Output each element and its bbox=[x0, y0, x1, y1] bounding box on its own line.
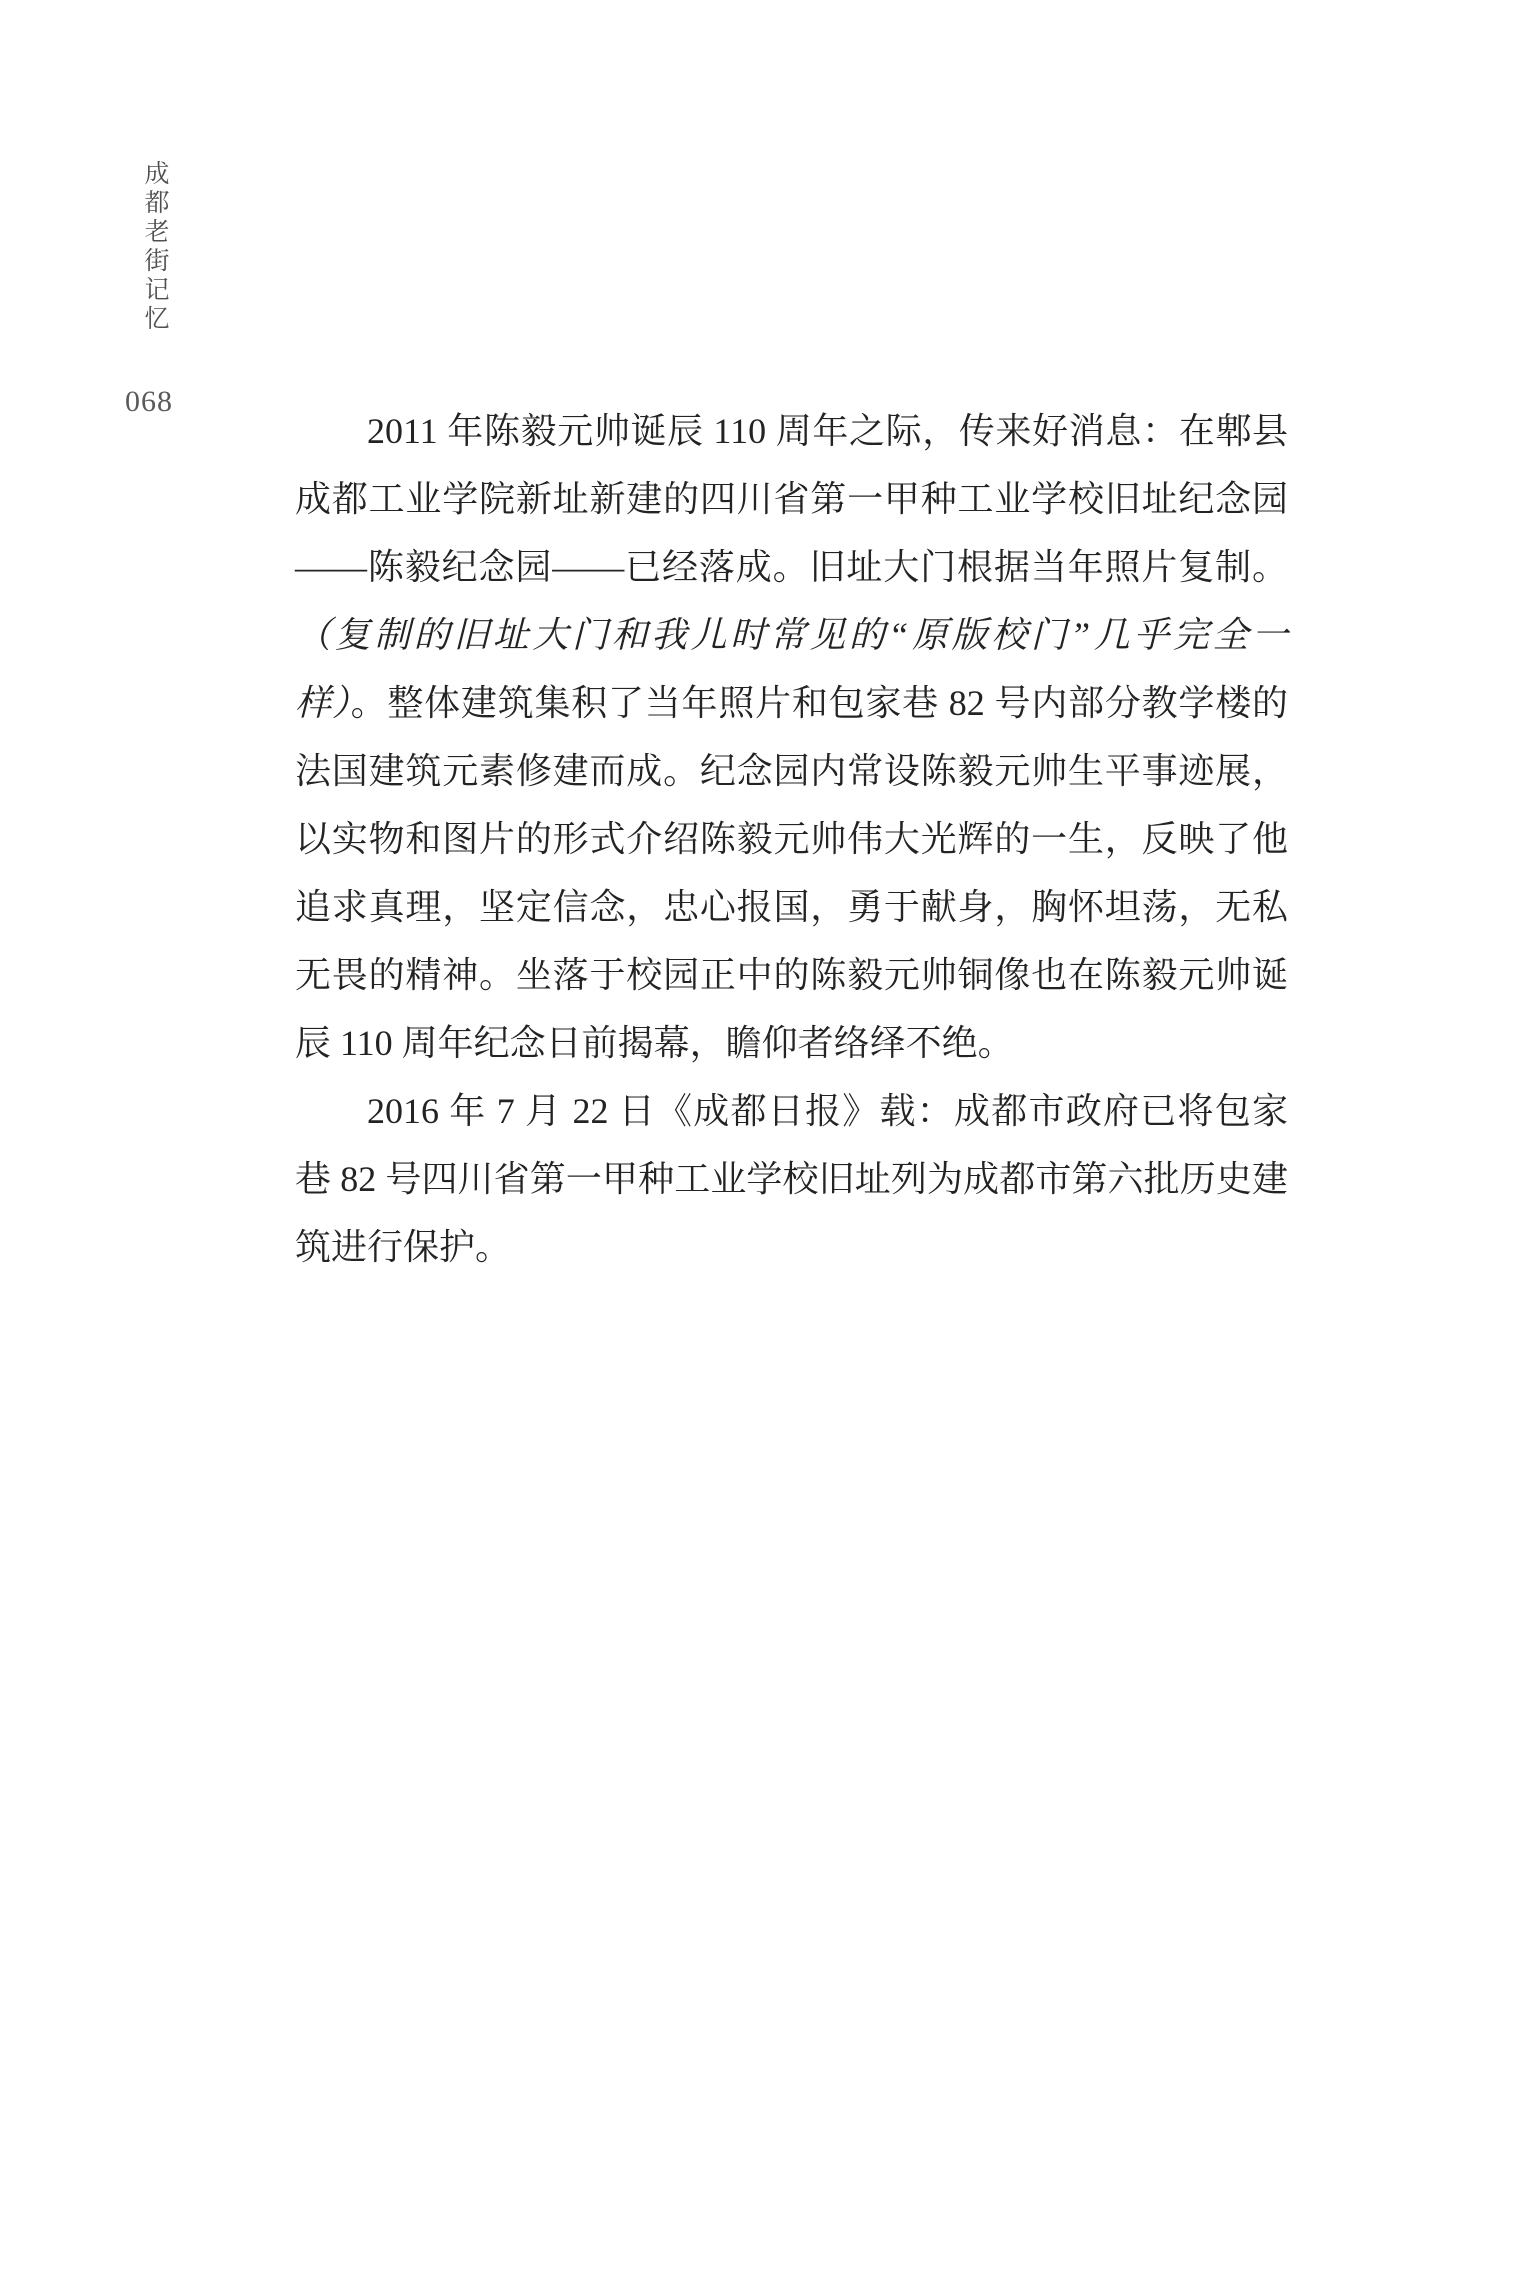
paragraph-1-main-end: 。整体建筑集积了当年照片和包家巷 82 号内部分教学楼的法国建筑元素修建而成。纪… bbox=[295, 683, 1288, 1063]
paragraph-2: 2016 年 7 月 22 日《成都日报》载：成都市政府已将包家巷 82 号四川… bbox=[295, 1077, 1288, 1281]
body-text: 2011 年陈毅元帅诞辰 110 周年之际，传来好消息：在郫县成都工业学院新址新… bbox=[295, 397, 1288, 1281]
book-side-title: 成都老街记忆 bbox=[136, 160, 172, 334]
paragraph-1-main-start: 2011 年陈毅元帅诞辰 110 周年之际，传来好消息：在郫县成都工业学院新址新… bbox=[295, 411, 1288, 587]
page-number: 068 bbox=[125, 385, 173, 419]
paragraph-1: 2011 年陈毅元帅诞辰 110 周年之际，传来好消息：在郫县成都工业学院新址新… bbox=[295, 397, 1288, 1077]
book-page: 成都老街记忆 068 2011 年陈毅元帅诞辰 110 周年之际，传来好消息：在… bbox=[0, 0, 1536, 2278]
